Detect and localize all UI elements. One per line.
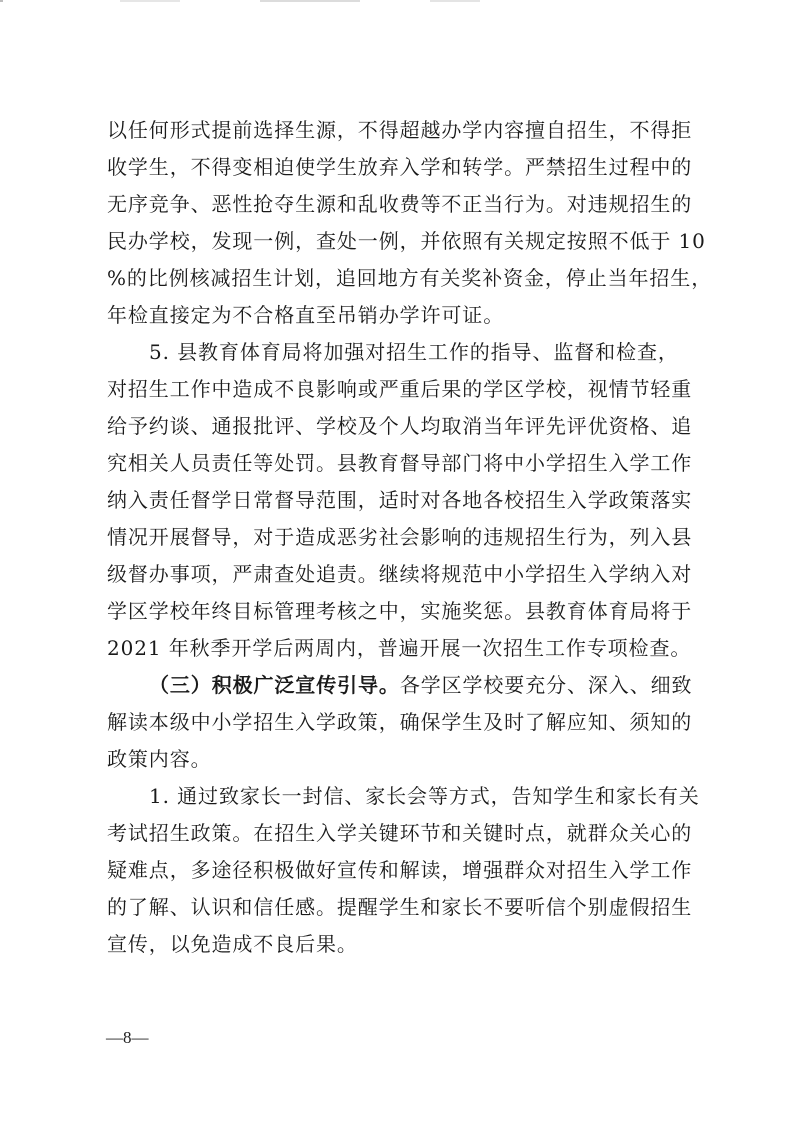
- page-number: —8—: [106, 1028, 149, 1048]
- text-line: 的了解、认识和信任感。提醒学生和家长不要听信个别虚假招生: [107, 889, 695, 926]
- text-line: 2021 年秋季开学后两周内，普遍开展一次招生工作专项检查。: [107, 630, 695, 667]
- text-line: （三）积极广泛宣传引导。各学区学校要充分、深入、细致: [107, 667, 695, 704]
- text-line: 学区学校年终目标管理考核之中，实施奖惩。县教育体育局将于: [107, 593, 695, 630]
- paragraph-item-5: 5. 县教育体育局将加强对招生工作的指导、监督和检查， 对招生工作中造成不良影响…: [107, 334, 695, 667]
- text-line: 对招生工作中造成不良影响或严重后果的学区学校，视情节轻重: [107, 371, 695, 408]
- text-line: 1. 通过致家长一封信、家长会等方式，告知学生和家长有关: [107, 778, 695, 815]
- text-line: 级督办事项，严肃查处追责。继续将规范中小学招生入学纳入对: [107, 556, 695, 593]
- text-line: 宣传，以免造成不良后果。: [107, 926, 695, 963]
- section-heading: （三）积极广泛宣传引导。: [149, 673, 400, 697]
- text-line: 年检直接定为不合格直至吊销办学许可证。: [107, 297, 695, 334]
- text-line: 纳入责任督学日常督导范围，适时对各地各校招生入学政策落实: [107, 482, 695, 519]
- section-3-paragraph: （三）积极广泛宣传引导。各学区学校要充分、深入、细致 解读本级中小学招生入学政策…: [107, 667, 695, 778]
- text-line: 疑难点，多途径积极做好宣传和解读，增强群众对招生入学工作: [107, 852, 695, 889]
- text-line: 解读本级中小学招生入学政策，确保学生及时了解应知、须知的: [107, 704, 695, 741]
- text-line: 政策内容。: [107, 741, 695, 778]
- text-line: 民办学校，发现一例，查处一例，并依照有关规定按照不低于 10: [107, 223, 695, 260]
- text-line: 考试招生政策。在招生入学关键环节和关键时点，就群众关心的: [107, 815, 695, 852]
- text-line: 5. 县教育体育局将加强对招生工作的指导、监督和检查，: [107, 334, 695, 371]
- paragraph-continuation: 以任何形式提前选择生源，不得超越办学内容擅自招生，不得拒 收学生，不得变相迫使学…: [107, 112, 695, 334]
- section-heading-rest: 各学区学校要充分、深入、细致: [400, 673, 693, 697]
- text-line: 究相关人员责任等处罚。县教育督导部门将中小学招生入学工作: [107, 445, 695, 482]
- text-line: 收学生，不得变相迫使学生放弃入学和转学。严禁招生过程中的: [107, 149, 695, 186]
- text-line: 给予约谈、通报批评、学校及个人均取消当年评先评优资格、追: [107, 408, 695, 445]
- text-line: 以任何形式提前选择生源，不得超越办学内容擅自招生，不得拒: [107, 112, 695, 149]
- text-line: 情况开展督导，对于造成恶劣社会影响的违规招生行为，列入县: [107, 519, 695, 556]
- paragraph-item-1: 1. 通过致家长一封信、家长会等方式，告知学生和家长有关 考试招生政策。在招生入…: [107, 778, 695, 963]
- scan-edge-artifact: [0, 0, 793, 2]
- text-line: %的比例核减招生计划，追回地方有关奖补资金，停止当年招生，: [107, 260, 695, 297]
- text-line: 无序竞争、恶性抢夺生源和乱收费等不正当行为。对违规招生的: [107, 186, 695, 223]
- document-page-body: 以任何形式提前选择生源，不得超越办学内容擅自招生，不得拒 收学生，不得变相迫使学…: [107, 112, 695, 963]
